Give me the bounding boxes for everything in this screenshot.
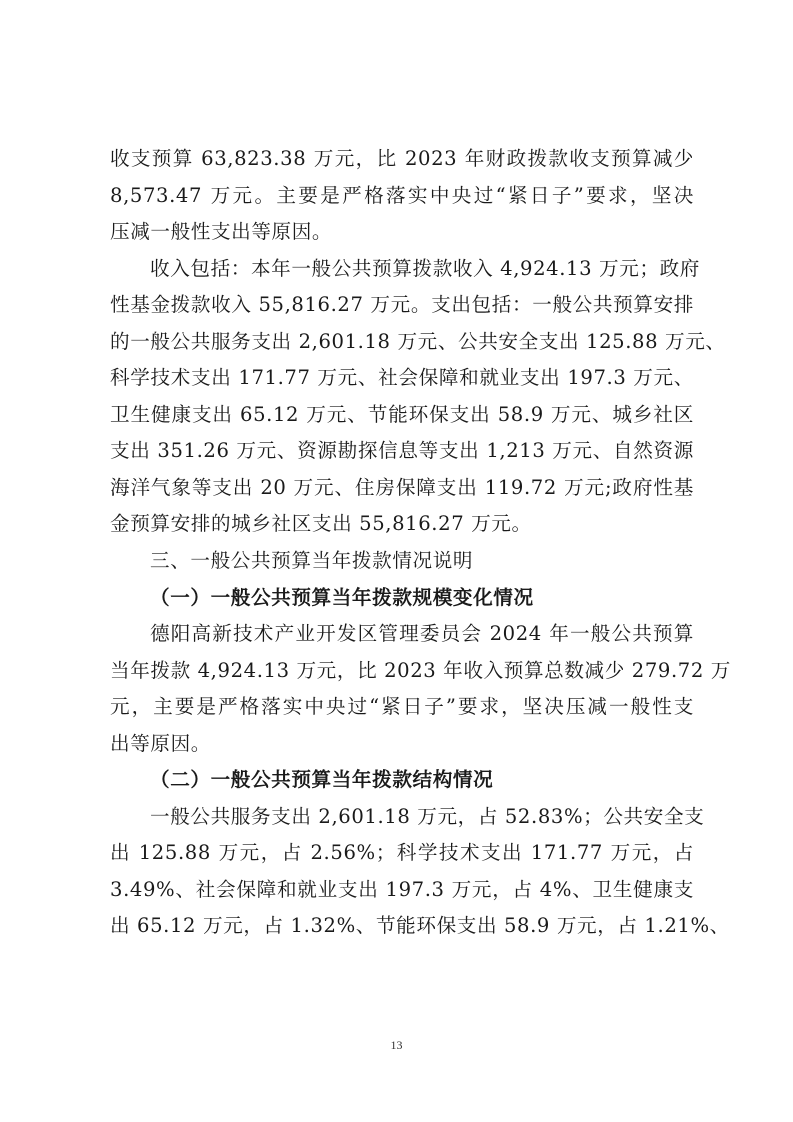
paragraph-line: 收支预算 63,823.38 万元，比 2023 年财政拨款收支预算减少 bbox=[110, 141, 694, 178]
paragraph-line: 卫生健康支出 65.12 万元、节能环保支出 58.9 万元、城乡社区 bbox=[110, 397, 694, 434]
paragraph-line: 3.49%、社会保障和就业支出 197.3 万元，占 4%、卫生健康支 bbox=[110, 872, 694, 909]
subsection-heading: （二）一般公共预算当年拨款结构情况 bbox=[110, 762, 694, 799]
paragraph-line: 德阳高新技术产业开发区管理委员会 2024 年一般公共预算 bbox=[110, 616, 694, 653]
paragraph-line: 出等原因。 bbox=[110, 726, 694, 763]
paragraph-line: 金预算安排的城乡社区支出 55,816.27 万元。 bbox=[110, 506, 694, 543]
paragraph-line: 出 125.88 万元，占 2.56%；科学技术支出 171.77 万元，占 bbox=[110, 835, 694, 872]
paragraph-line: 收入包括：本年一般公共预算拨款收入 4,924.13 万元；政府 bbox=[110, 251, 694, 288]
document-body: 收支预算 63,823.38 万元，比 2023 年财政拨款收支预算减少 8,5… bbox=[110, 141, 694, 945]
paragraph-line: 元，主要是严格落实中央过“紧日子”要求，坚决压减一般性支 bbox=[110, 689, 694, 726]
paragraph-line: 性基金拨款收入 55,816.27 万元。支出包括：一般公共预算安排 bbox=[110, 287, 694, 324]
subsection-heading: （一）一般公共预算当年拨款规模变化情况 bbox=[110, 580, 694, 617]
paragraph-line: 出 65.12 万元，占 1.32%、节能环保支出 58.9 万元，占 1.21… bbox=[110, 908, 694, 945]
page-number: 13 bbox=[0, 1038, 793, 1053]
paragraph-line: 当年拨款 4,924.13 万元，比 2023 年收入预算总数减少 279.72… bbox=[110, 653, 694, 690]
paragraph-line: 科学技术支出 171.77 万元、社会保障和就业支出 197.3 万元、 bbox=[110, 360, 694, 397]
paragraph-line: 8,573.47 万元。主要是严格落实中央过“紧日子”要求，坚决 bbox=[110, 178, 694, 215]
paragraph-line: 的一般公共服务支出 2,601.18 万元、公共安全支出 125.88 万元、 bbox=[110, 324, 694, 361]
paragraph-line: 支出 351.26 万元、资源勘探信息等支出 1,213 万元、自然资源 bbox=[110, 433, 694, 470]
paragraph-line: 海洋气象等支出 20 万元、住房保障支出 119.72 万元;政府性基 bbox=[110, 470, 694, 507]
section-heading: 三、一般公共预算当年拨款情况说明 bbox=[110, 543, 694, 580]
paragraph-line: 一般公共服务支出 2,601.18 万元，占 52.83%；公共安全支 bbox=[110, 799, 694, 836]
paragraph-line: 压减一般性支出等原因。 bbox=[110, 214, 694, 251]
